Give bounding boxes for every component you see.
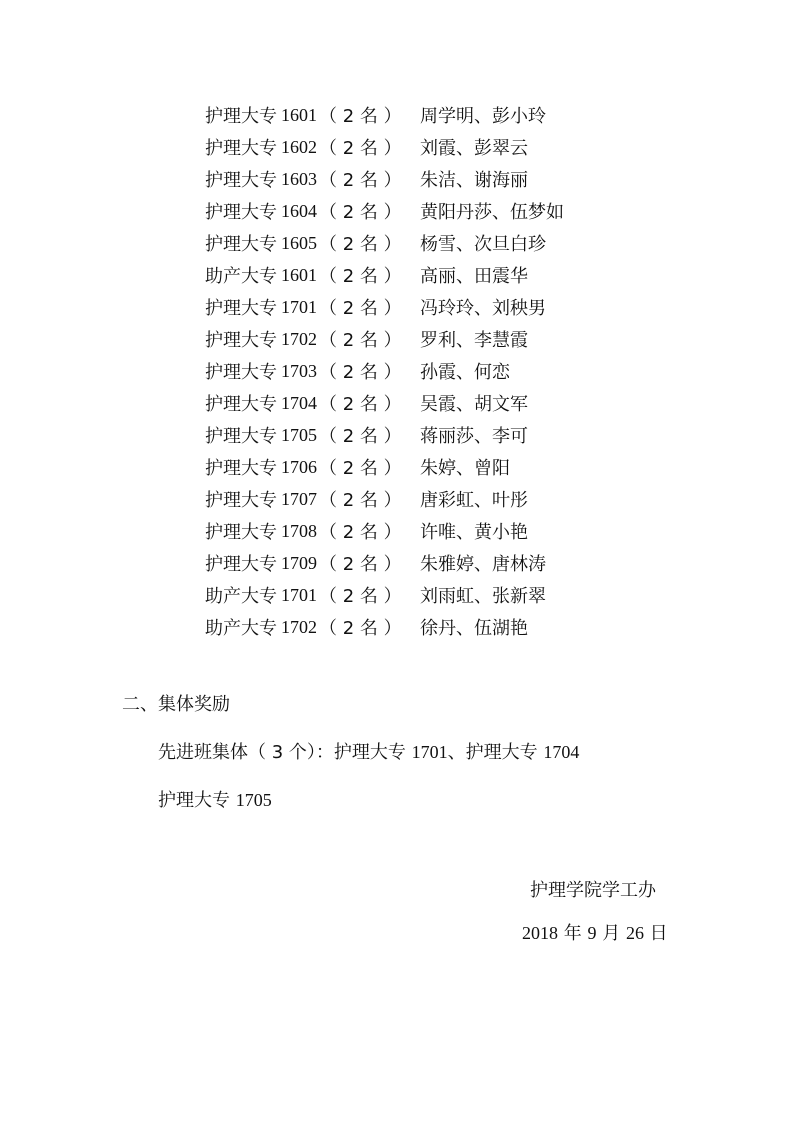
names: 徐丹、伍湖艳 <box>420 614 528 640</box>
count: （ 2 名 ） <box>319 326 402 352</box>
class-number: 1704 <box>281 393 317 414</box>
names: 杨雪、次旦白珍 <box>420 230 546 256</box>
list-item: 护理大专1705（ 2 名 ）蒋丽莎、李可 <box>205 419 528 451</box>
class-prefix: 护理大专 <box>205 486 277 512</box>
list-item: 助产大专1701（ 2 名 ）刘雨虹、张新翠 <box>205 579 546 611</box>
class-number: 1705 <box>236 790 272 810</box>
count: （ 2 名 ） <box>319 486 402 512</box>
names: 周学明、彭小玲 <box>420 102 546 128</box>
count: （ 2 名 ） <box>319 230 402 256</box>
class-number: 1708 <box>281 521 317 542</box>
class-number: 1601 <box>281 265 317 286</box>
class-prefix: 护理大专 <box>205 198 277 224</box>
count: （ 2 名 ） <box>319 166 402 192</box>
count: （ 2 名 ） <box>319 390 402 416</box>
class-prefix: 护理大专 <box>205 326 277 352</box>
count: （ 2 名 ） <box>319 518 402 544</box>
count: （ 2 名 ） <box>319 582 402 608</box>
count: （ 2 名 ） <box>319 134 402 160</box>
names: 刘霞、彭翠云 <box>420 134 528 160</box>
list-item: 护理大专1604（ 2 名 ）黄阳丹莎、伍梦如 <box>205 195 564 227</box>
list-item: 护理大专1703（ 2 名 ）孙霞、何恋 <box>205 355 510 387</box>
names: 黄阳丹莎、伍梦如 <box>420 198 564 224</box>
list-item: 护理大专1701（ 2 名 ）冯玲玲、刘秧男 <box>205 291 546 323</box>
date-year: 2018 <box>522 923 558 943</box>
class-number: 1603 <box>281 169 317 190</box>
class-prefix: 护理大专 <box>205 422 277 448</box>
names: 吴霞、胡文军 <box>420 390 528 416</box>
count: （ 2 名 ） <box>319 614 402 640</box>
class-number: 1701 <box>281 297 317 318</box>
date-month-unit: 月 <box>602 923 620 944</box>
count: （ 2 名 ） <box>319 454 402 480</box>
signature-office: 护理学院学工办 <box>530 876 656 902</box>
count: （ 2 名 ） <box>319 422 402 448</box>
names: 蒋丽莎、李可 <box>420 422 528 448</box>
list-item: 护理大专1704（ 2 名 ）吴霞、胡文军 <box>205 387 528 419</box>
list-item: 护理大专1707（ 2 名 ）唐彩虹、叶彤 <box>205 483 528 515</box>
list-item: 护理大专1706（ 2 名 ）朱婷、曾阳 <box>205 451 510 483</box>
separator: 、 <box>448 742 466 763</box>
class-number: 1702 <box>281 329 317 350</box>
class-number: 1702 <box>281 617 317 638</box>
class-prefix: 护理大专 <box>205 166 277 192</box>
class-number: 1706 <box>281 457 317 478</box>
list-item: 助产大专1601（ 2 名 ）高丽、田震华 <box>205 259 528 291</box>
date-year-unit: 年 <box>564 923 582 944</box>
names: 许唯、黄小艳 <box>420 518 528 544</box>
names: 冯玲玲、刘秧男 <box>420 294 546 320</box>
class-number: 1605 <box>281 233 317 254</box>
names: 罗利、李慧霞 <box>420 326 528 352</box>
class-prefix: 护理大专 <box>205 134 277 160</box>
list-item: 护理大专1605（ 2 名 ）杨雪、次旦白珍 <box>205 227 546 259</box>
list-item: 护理大专1708（ 2 名 ）许唯、黄小艳 <box>205 515 528 547</box>
count: （ 2 名 ） <box>319 358 402 384</box>
class-prefix: 助产大专 <box>205 582 277 608</box>
list-item: 护理大专1709（ 2 名 ）朱雅婷、唐林涛 <box>205 547 546 579</box>
class-prefix: 护理大专 <box>205 294 277 320</box>
names: 孙霞、何恋 <box>420 358 510 384</box>
names: 唐彩虹、叶彤 <box>420 486 528 512</box>
count: （ 2 名 ） <box>319 550 402 576</box>
advanced-class-line: 先进班集体（ 3 个）：护理大专 1701、护理大专 1704 <box>158 738 579 764</box>
class-number: 1604 <box>281 201 317 222</box>
class-prefix: 护理大专 <box>466 742 538 763</box>
class-prefix: 护理大专 <box>205 454 277 480</box>
names: 刘雨虹、张新翠 <box>420 582 546 608</box>
count: （ 2 名 ） <box>319 294 402 320</box>
class-number: 1709 <box>281 553 317 574</box>
date-day: 26 <box>626 923 644 943</box>
class-prefix: 助产大专 <box>205 262 277 288</box>
class-number: 1707 <box>281 489 317 510</box>
date-month: 9 <box>587 923 596 943</box>
class-prefix: 护理大专 <box>205 358 277 384</box>
class-prefix: 护理大专 <box>205 102 277 128</box>
advanced-class-label: 先进班集体（ 3 个）： <box>158 742 334 763</box>
names: 朱婷、曾阳 <box>420 454 510 480</box>
class-prefix: 护理大专 <box>205 230 277 256</box>
list-item: 护理大专1702（ 2 名 ）罗利、李慧霞 <box>205 323 528 355</box>
class-prefix: 助产大专 <box>205 614 277 640</box>
class-prefix: 护理大专 <box>334 742 406 763</box>
names: 朱洁、谢海丽 <box>420 166 528 192</box>
signature-date: 2018 年 9 月 26 日 <box>522 919 668 945</box>
names: 朱雅婷、唐林涛 <box>420 550 546 576</box>
class-prefix: 护理大专 <box>205 550 277 576</box>
date-day-unit: 日 <box>650 923 668 944</box>
section-heading: 二、集体奖励 <box>122 690 230 716</box>
class-prefix: 护理大专 <box>158 790 230 811</box>
class-number: 1705 <box>281 425 317 446</box>
list-item: 护理大专1601（ 2 名 ）周学明、彭小玲 <box>205 99 546 131</box>
list-item: 护理大专1602（ 2 名 ）刘霞、彭翠云 <box>205 131 528 163</box>
class-number: 1701 <box>281 585 317 606</box>
class-number: 1601 <box>281 105 317 126</box>
class-number: 1701 <box>412 742 448 762</box>
count: （ 2 名 ） <box>319 262 402 288</box>
class-number: 1704 <box>543 742 579 762</box>
class-number: 1703 <box>281 361 317 382</box>
list-item: 助产大专1702（ 2 名 ）徐丹、伍湖艳 <box>205 611 528 643</box>
class-prefix: 护理大专 <box>205 518 277 544</box>
names: 高丽、田震华 <box>420 262 528 288</box>
advanced-class-line-2: 护理大专 1705 <box>158 786 272 812</box>
count: （ 2 名 ） <box>319 102 402 128</box>
count: （ 2 名 ） <box>319 198 402 224</box>
class-number: 1602 <box>281 137 317 158</box>
list-item: 护理大专1603（ 2 名 ）朱洁、谢海丽 <box>205 163 528 195</box>
class-prefix: 护理大专 <box>205 390 277 416</box>
